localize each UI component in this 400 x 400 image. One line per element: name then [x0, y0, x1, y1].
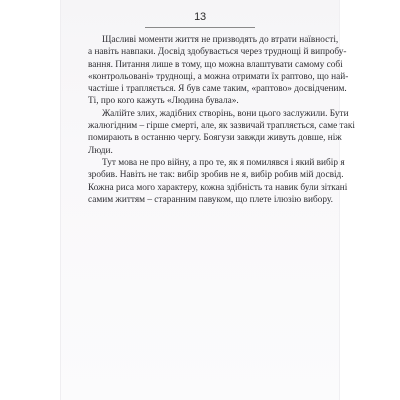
- text-line: помирають в останню чергу. Боягузи завжд…: [88, 132, 319, 144]
- text-line: а навіть навпаки. Досвід здобувається че…: [88, 46, 319, 58]
- page-number: 13: [60, 11, 340, 23]
- text-line: жалюгідним – гірше смерті, але, як зазви…: [88, 120, 319, 132]
- paragraph-1: Щасливі моменти життя не призводять до в…: [88, 34, 319, 108]
- paragraph-3: Тут мова не про війну, а про те, як я по…: [88, 157, 319, 206]
- text-line: Жалійте злих, жадібних створінь, вони ць…: [88, 108, 319, 120]
- header-rule: [145, 27, 255, 28]
- text-line: «контрольовані» труднощі, а можна отрима…: [88, 71, 319, 83]
- text-line: частіше і трапляється. Я був саме таким,…: [88, 83, 319, 95]
- text-line: зробив. Навіть не так: вибір зробив не я…: [88, 169, 319, 181]
- body-text: Щасливі моменти життя не призводять до в…: [88, 34, 319, 206]
- text-line: Кожна риса мого характеру, кожна здібніс…: [88, 182, 319, 194]
- text-line: самим життям – старанним павуком, що пле…: [88, 194, 319, 206]
- text-line: Ті, про кого кажуть «Людина бувала».: [88, 95, 319, 107]
- text-line: Тут мова не про війну, а про те, як я по…: [88, 157, 319, 169]
- text-line: Щасливі моменти життя не призводять до в…: [88, 34, 319, 46]
- text-line: вання. Питання лише в тому, що можна вла…: [88, 59, 319, 71]
- text-line: Люди.: [88, 145, 319, 157]
- book-page: 13 Щасливі моменти життя не призводять д…: [60, 0, 340, 400]
- paragraph-2: Жалійте злих, жадібних створінь, вони ць…: [88, 108, 319, 157]
